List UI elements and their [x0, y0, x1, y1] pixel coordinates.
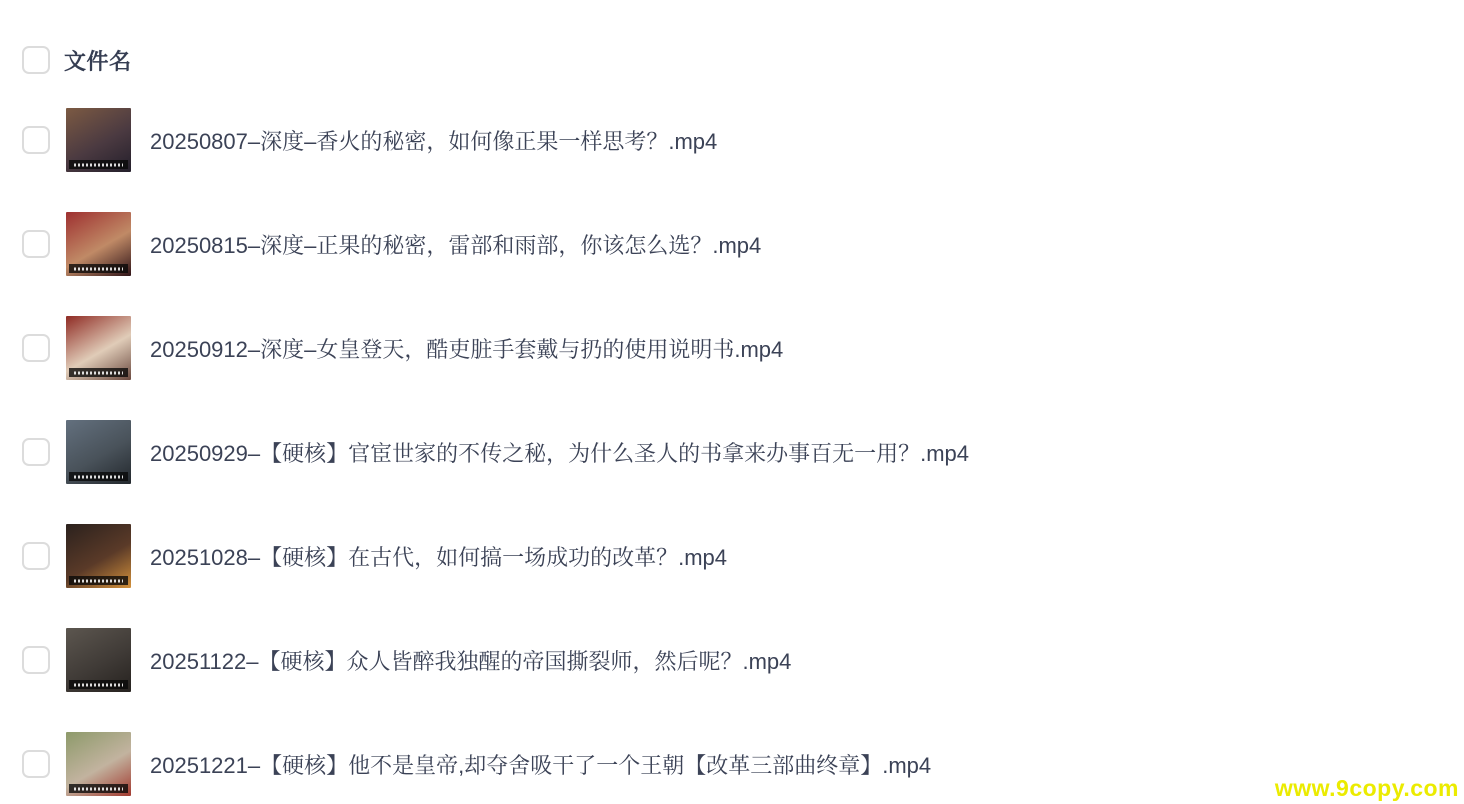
file-name[interactable]: 20250807–深度–香火的秘密，如何像正果一样思考？.mp4	[150, 125, 717, 156]
row-checkbox[interactable]	[22, 542, 50, 570]
file-row[interactable]: 20251221–【硬核】他不是皇帝,却夺舍吸干了一个王朝【改革三部曲终章】.m…	[0, 732, 1464, 796]
thumbnail-caption	[69, 784, 128, 793]
row-checkbox[interactable]	[22, 334, 50, 362]
file-row[interactable]: 20250815–深度–正果的秘密，雷部和雨部，你该怎么选？.mp4	[0, 212, 1464, 276]
row-checkbox[interactable]	[22, 126, 50, 154]
file-name[interactable]: 20251221–【硬核】他不是皇帝,却夺舍吸干了一个王朝【改革三部曲终章】.m…	[150, 749, 931, 780]
file-row[interactable]: 20250912–深度–女皇登天，酷吏脏手套戴与扔的使用说明书.mp4	[0, 316, 1464, 380]
video-thumbnail[interactable]	[66, 524, 131, 588]
row-checkbox[interactable]	[22, 438, 50, 466]
file-row[interactable]: 20250929–【硬核】官宦世家的不传之秘，为什么圣人的书拿来办事百无一用？.…	[0, 420, 1464, 484]
row-checkbox[interactable]	[22, 230, 50, 258]
thumbnail-caption	[69, 264, 128, 273]
file-name[interactable]: 20250815–深度–正果的秘密，雷部和雨部，你该怎么选？.mp4	[150, 229, 761, 260]
video-thumbnail[interactable]	[66, 420, 131, 484]
file-name[interactable]: 20251028–【硬核】在古代，如何搞一场成功的改革？.mp4	[150, 541, 727, 572]
thumbnail-caption	[69, 160, 128, 169]
video-thumbnail[interactable]	[66, 212, 131, 276]
video-thumbnail[interactable]	[66, 628, 131, 692]
file-row[interactable]: 20251028–【硬核】在古代，如何搞一场成功的改革？.mp4	[0, 524, 1464, 588]
file-name[interactable]: 20250912–深度–女皇登天，酷吏脏手套戴与扔的使用说明书.mp4	[150, 333, 783, 364]
watermark: www.9copy.com	[1275, 775, 1459, 802]
list-header: 文件名	[22, 46, 132, 74]
file-row[interactable]: 20251122–【硬核】众人皆醉我独醒的帝国撕裂师，然后呢？.mp4	[0, 628, 1464, 692]
file-name[interactable]: 20250929–【硬核】官宦世家的不传之秘，为什么圣人的书拿来办事百无一用？.…	[150, 437, 969, 468]
thumbnail-caption	[69, 576, 128, 585]
row-checkbox[interactable]	[22, 646, 50, 674]
thumbnail-caption	[69, 368, 128, 377]
thumbnail-caption	[69, 680, 128, 689]
video-thumbnail[interactable]	[66, 316, 131, 380]
video-thumbnail[interactable]	[66, 108, 131, 172]
file-row[interactable]: 20250807–深度–香火的秘密，如何像正果一样思考？.mp4	[0, 108, 1464, 172]
select-all-checkbox[interactable]	[22, 46, 50, 74]
video-thumbnail[interactable]	[66, 732, 131, 796]
row-checkbox[interactable]	[22, 750, 50, 778]
thumbnail-caption	[69, 472, 128, 481]
file-list: 文件名 20250807–深度–香火的秘密，如何像正果一样思考？.mp4 202…	[0, 0, 1464, 804]
file-name[interactable]: 20251122–【硬核】众人皆醉我独醒的帝国撕裂师，然后呢？.mp4	[150, 645, 791, 676]
column-header-filename: 文件名	[64, 45, 132, 76]
